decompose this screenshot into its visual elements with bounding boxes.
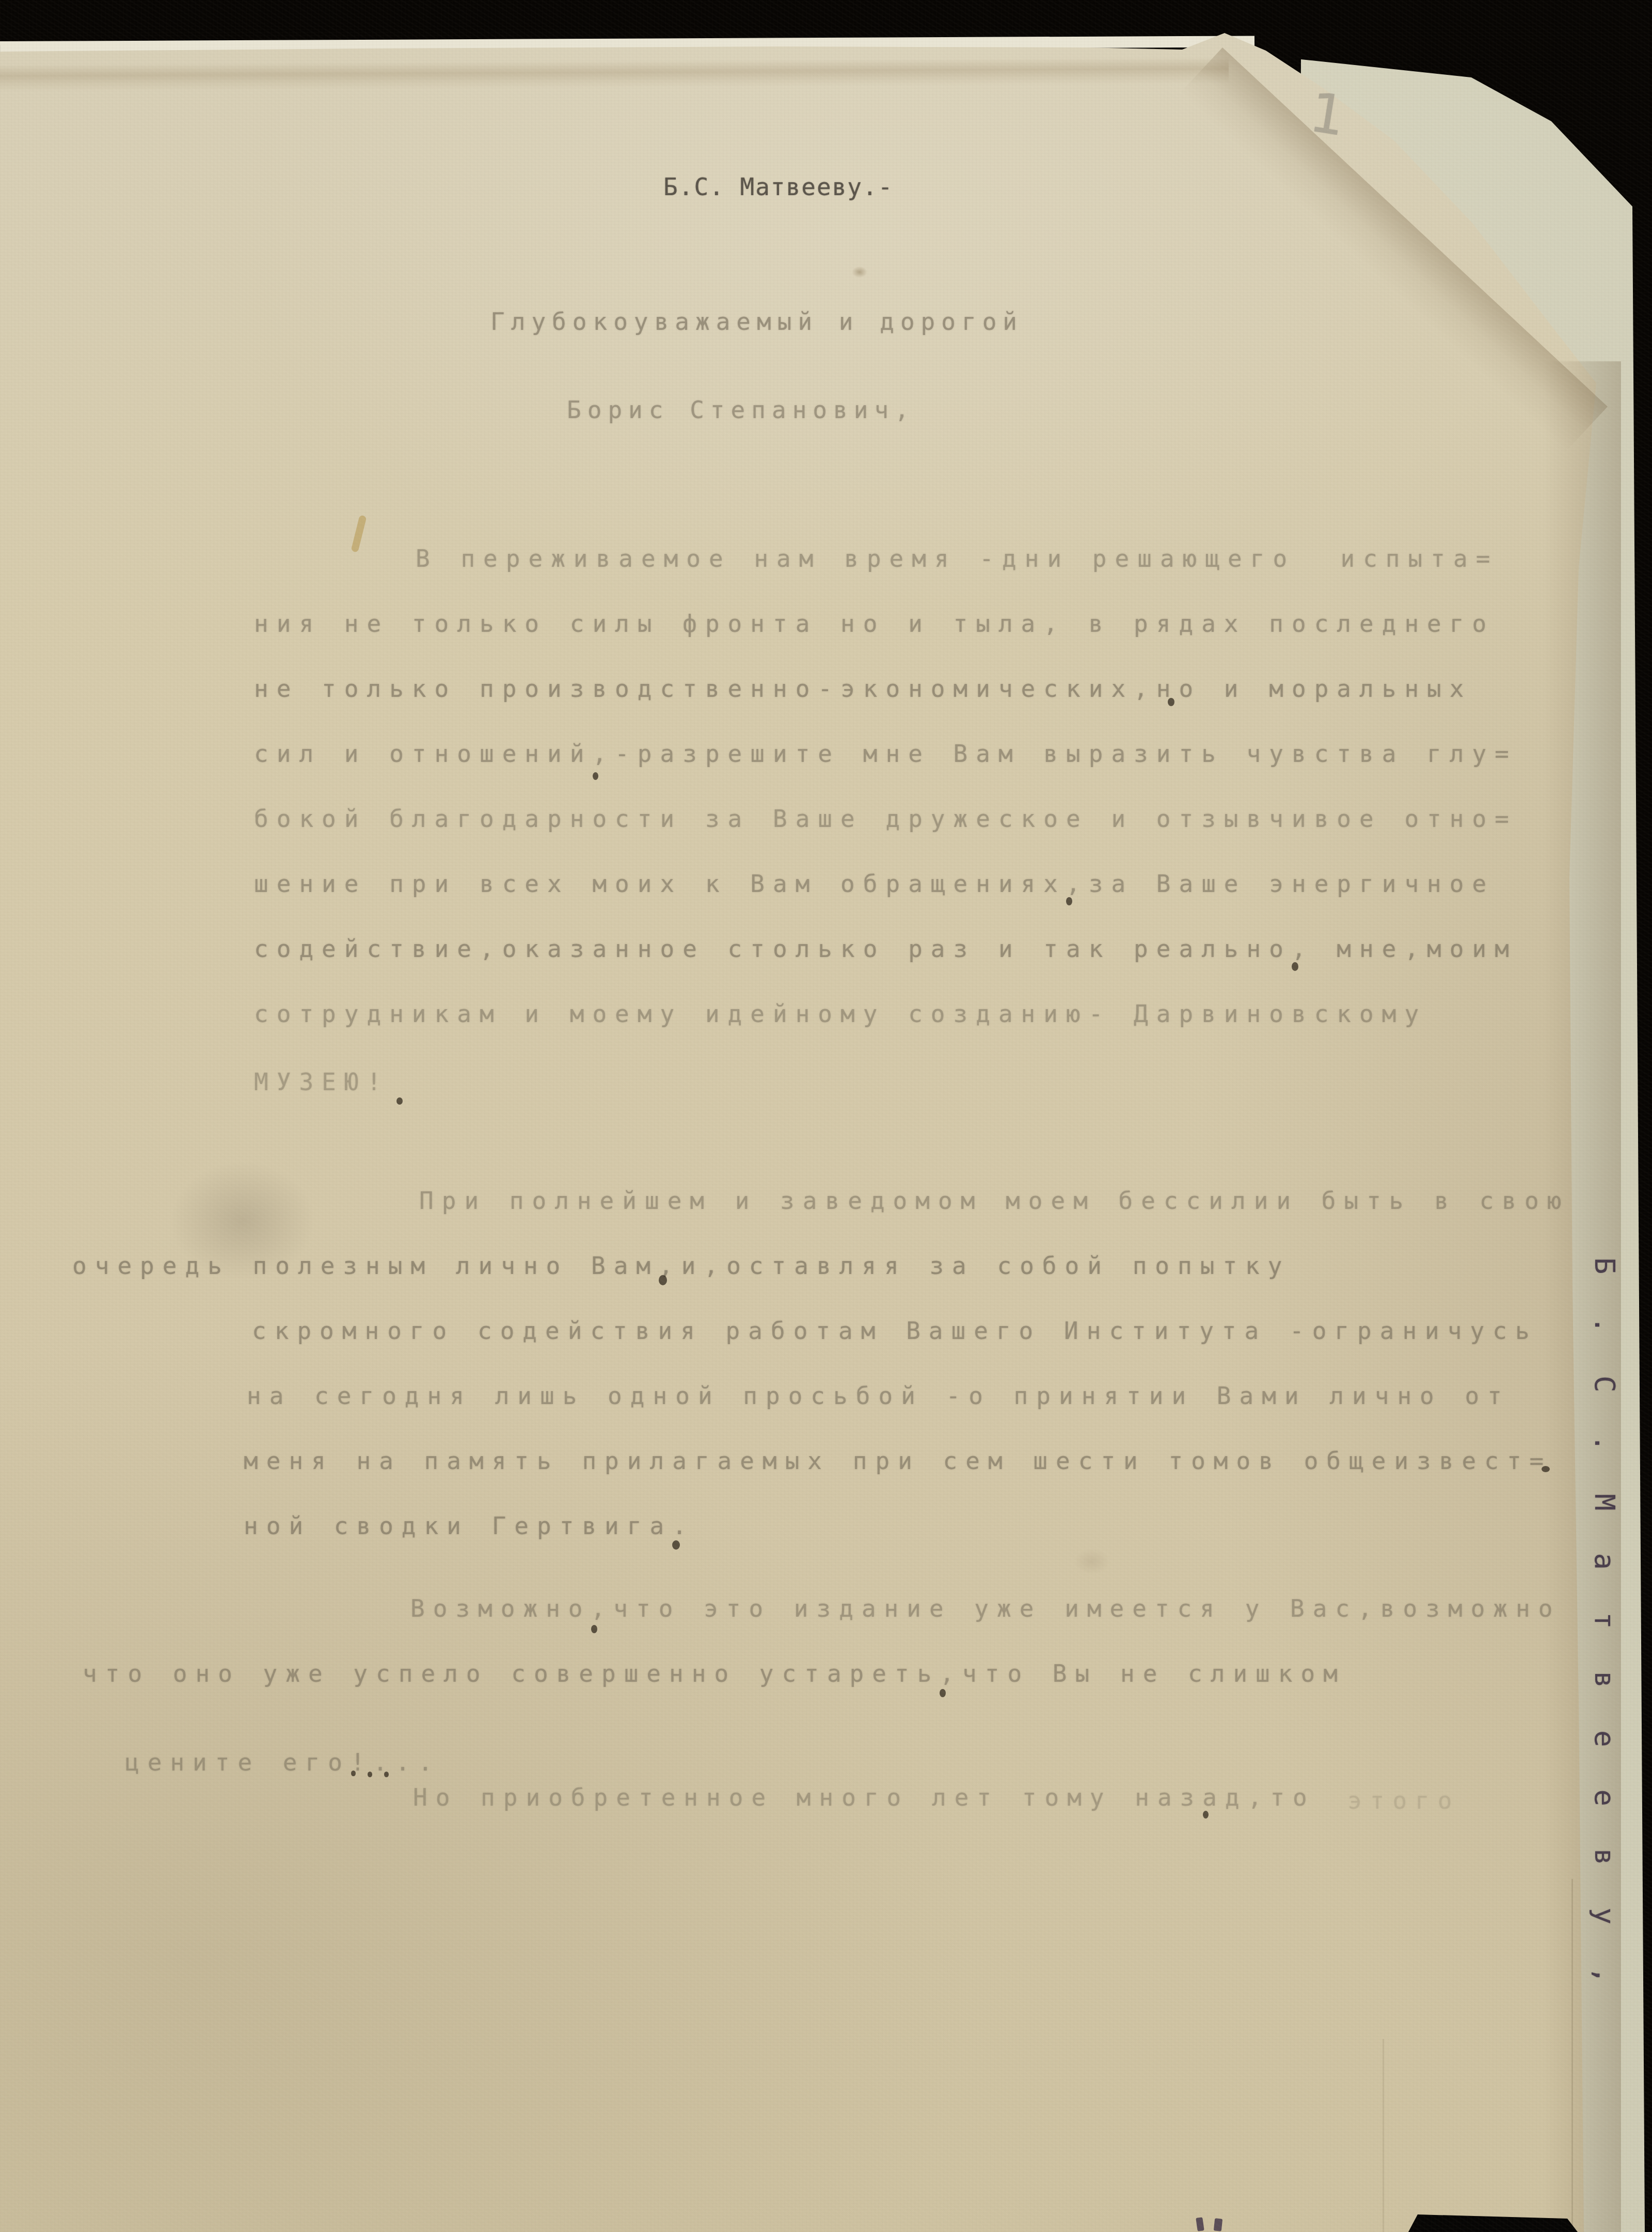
ink-speck [384, 1772, 389, 1777]
ink-speck [1203, 1811, 1209, 1819]
address-line: Б.С. Матвееву.- [663, 173, 893, 201]
ink-speck [396, 1097, 403, 1105]
ink-speck [1066, 897, 1072, 905]
ink-speck [672, 1540, 680, 1550]
typed-line: Но приобретенное много лет тому назад,то [413, 1784, 1315, 1811]
typed-line: При полнейшем и заведомом моем бессилии … [419, 1187, 1569, 1215]
ink-speck [1542, 1466, 1550, 1472]
vertical-margin-note: Б.С.Матвееву, [1589, 1257, 1621, 2026]
scan-background: Б.С. Матвееву.- Глубокоуважаемый и дорог… [0, 0, 1652, 2232]
typed-line: сотрудникам и моему идейному созданию- Д… [254, 1000, 1427, 1028]
typed-line: шение при всех моих к Вам обращениях,за … [254, 870, 1495, 898]
typed-line: В переживаемое нам время -дни решающего … [416, 545, 1498, 572]
typed-line: бокой благодарности за Ваше дружеское и … [254, 805, 1517, 833]
typed-line: очередь полезным лично Вам,и,оставляя за… [72, 1252, 1291, 1280]
typed-line: что оно уже успело совершенно устареть,ч… [83, 1660, 1346, 1687]
ink-speck [1168, 698, 1174, 706]
ink-speck [940, 1689, 946, 1697]
typed-line: содействие,оказанное столько раз и так р… [254, 935, 1517, 963]
salutation-line: Глубокоуважаемый и дорогой [490, 308, 1023, 336]
ink-speck [593, 772, 598, 780]
typed-line: меня на память прилагаемых при сем шести… [244, 1447, 1552, 1475]
typed-line: цените его!... [125, 1749, 441, 1776]
museum-line: МУЗЕЮ! [254, 1069, 389, 1096]
typed-line: Возможно,что это издание уже имеется у В… [410, 1595, 1561, 1622]
typed-line: скромного содействия работам Вашего Инст… [252, 1317, 1538, 1345]
typed-line: сил и отношений,-разрешите мне Вам выраз… [254, 740, 1517, 768]
ink-speck [1292, 962, 1298, 971]
vertical-crease [1571, 1879, 1573, 2232]
ink-speck [351, 1771, 356, 1776]
ink-speck [659, 1275, 667, 1285]
ink-speck [591, 1625, 597, 1633]
typed-line: на сегодня лишь одной просьбой -о принят… [247, 1382, 1510, 1410]
typed-line: не только производственно-экономических,… [254, 675, 1472, 703]
vertical-crease [1383, 2039, 1384, 2232]
ink-speck [368, 1772, 372, 1777]
typed-line: ной сводки Гертвига. [244, 1512, 695, 1540]
faded-typed-fragment: этого [1347, 1787, 1460, 1814]
cutoff-ink-mark [1214, 2218, 1222, 2231]
salutation-line: Борис Степанович, [567, 396, 915, 424]
typed-line: ния не только силы фронта но и тыла, в р… [254, 610, 1495, 637]
